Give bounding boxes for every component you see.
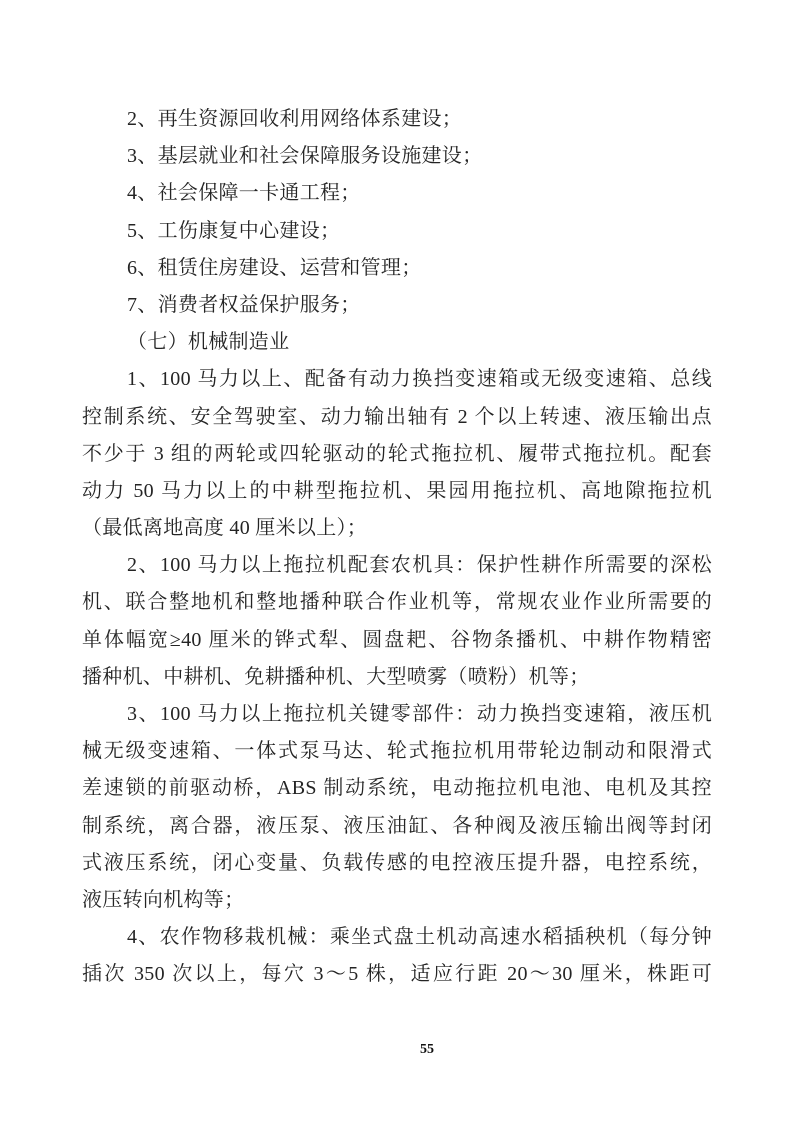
document-line: 差速锁的前驱动桥，ABS 制动系统，电动拖拉机电池、电机及其控 bbox=[82, 770, 712, 807]
document-line: 制系统，离合器，液压泵、液压油缸、各种阀及液压输出阀等封闭 bbox=[82, 808, 712, 845]
document-line: 式液压系统，闭心变量、负载传感的电控液压提升器，电控系统， bbox=[82, 845, 712, 882]
document-line: 7、消费者权益保护服务； bbox=[82, 287, 712, 324]
document-line: 不少于 3 组的两轮或四轮驱动的轮式拖拉机、履带式拖拉机。配套 bbox=[82, 436, 712, 473]
document-line: 动力 50 马力以上的中耕型拖拉机、果园用拖拉机、高地隙拖拉机 bbox=[82, 473, 712, 510]
document-line: （七）机械制造业 bbox=[82, 324, 712, 361]
document-line: 6、租赁住房建设、运营和管理； bbox=[82, 250, 712, 287]
document-line: 2、100 马力以上拖拉机配套农机具：保护性耕作所需要的深松 bbox=[82, 547, 712, 584]
page-number: 55 bbox=[420, 1041, 434, 1059]
document-line: 机、联合整地机和整地播种联合作业机等，常规农业作业所需要的 bbox=[82, 584, 712, 621]
document-line: 2、再生资源回收利用网络体系建设； bbox=[82, 101, 712, 138]
document-line: 4、社会保障一卡通工程； bbox=[82, 175, 712, 212]
document-line: （最低离地高度 40 厘米以上）； bbox=[82, 510, 712, 547]
document-line: 3、100 马力以上拖拉机关键零部件：动力换挡变速箱，液压机 bbox=[82, 696, 712, 733]
document-line: 械无级变速箱、一体式泵马达、轮式拖拉机用带轮边制动和限滑式 bbox=[82, 733, 712, 770]
document-line: 液压转向机构等； bbox=[82, 882, 712, 919]
document-line: 插次 350 次以上，每穴 3～5 株，适应行距 20～30 厘米，株距可 bbox=[82, 956, 712, 993]
document-line: 4、农作物移栽机械：乘坐式盘土机动高速水稻插秧机（每分钟 bbox=[82, 919, 712, 956]
document-line: 单体幅宽≥40 厘米的铧式犁、圆盘耙、谷物条播机、中耕作物精密 bbox=[82, 622, 712, 659]
document-line: 控制系统、安全驾驶室、动力输出轴有 2 个以上转速、液压输出点 bbox=[82, 399, 712, 436]
document-line: 播种机、中耕机、免耕播种机、大型喷雾（喷粉）机等； bbox=[82, 659, 712, 696]
document-line: 5、工伤康复中心建设； bbox=[82, 213, 712, 250]
document-page: 2、再生资源回收利用网络体系建设；3、基层就业和社会保障服务设施建设；4、社会保… bbox=[0, 0, 793, 1122]
document-line: 3、基层就业和社会保障服务设施建设； bbox=[82, 138, 712, 175]
text-block: 2、再生资源回收利用网络体系建设；3、基层就业和社会保障服务设施建设；4、社会保… bbox=[82, 101, 712, 994]
document-line: 1、100 马力以上、配备有动力换挡变速箱或无级变速箱、总线 bbox=[82, 361, 712, 398]
